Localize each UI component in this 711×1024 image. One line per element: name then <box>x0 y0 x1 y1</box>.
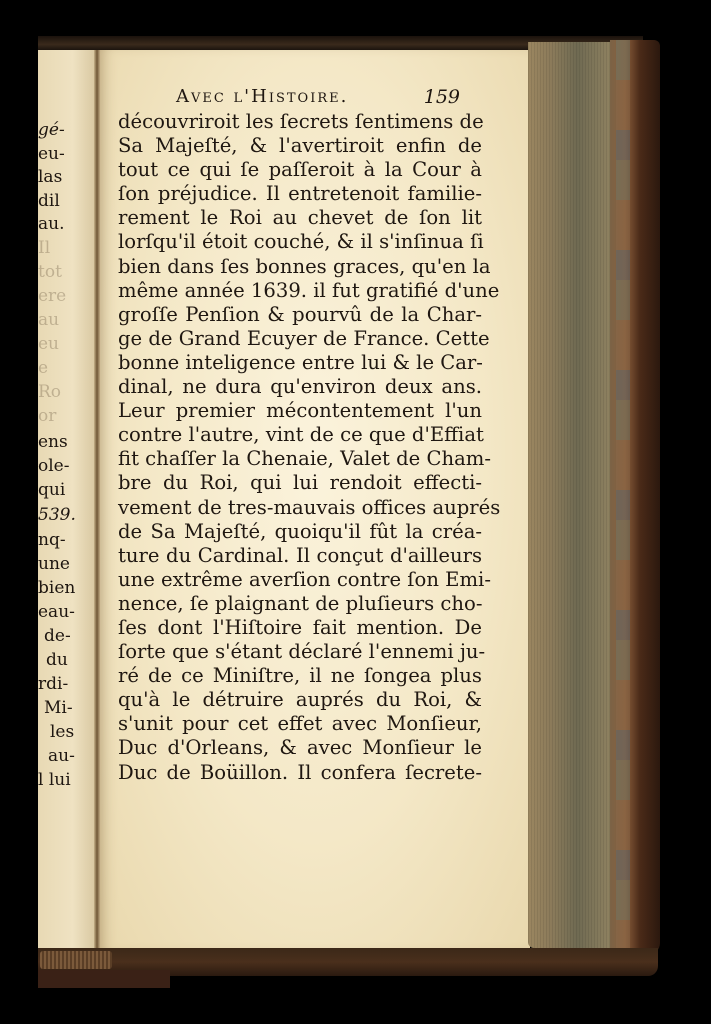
text-line: même année 1639. il fut gratifié d'une <box>118 279 482 303</box>
text-line: groſſe Penſion & pourvû de la Char- <box>118 303 482 327</box>
left-fragment: rdi- <box>38 674 68 696</box>
text-line: rement le Roi au chevet de ſon lit <box>118 206 482 230</box>
left-fragment: 539. <box>38 505 76 527</box>
text-line: bre du Roi, qui lui rendoit effecti- <box>118 471 482 495</box>
text-line: ge de Grand Ecuyer de France. Cette <box>118 327 482 351</box>
show-through-fragment: ere <box>38 286 66 308</box>
text-line: une extrême averſion contre ſon Emi- <box>118 568 482 592</box>
left-fragment: ens <box>38 432 68 454</box>
show-through-fragment: eu <box>38 334 59 356</box>
show-through-fragment: or <box>38 406 56 428</box>
text-line: Sa Majeſté, & l'avertiroit enfin de <box>118 134 482 158</box>
text-line: tout ce qui ſe paſſeroit à la Cour à <box>118 158 482 182</box>
text-line: de Sa Majeſté, quoiqu'il fût la créa- <box>118 520 482 544</box>
fore-edge <box>528 42 610 948</box>
text-line: ſes dont l'Hiſtoire fait mention. De <box>118 616 482 640</box>
text-line: Leur premier mécontentement l'un <box>118 399 482 423</box>
show-through-fragment: Il <box>38 238 50 260</box>
page-number: 159 <box>424 86 460 108</box>
text-line: nence, ſe plaignant de pluſieurs cho- <box>118 592 482 616</box>
text-line: dinal, ne dura qu'environ deux ans. <box>118 375 482 399</box>
bottom-cover-flap <box>38 970 170 988</box>
text-line: Duc d'Orleans, & avec Monſieur le <box>118 736 482 760</box>
left-fragment: l lui <box>38 770 71 792</box>
left-fragment: Mi- <box>44 698 73 720</box>
show-through-fragment: au <box>38 310 59 332</box>
left-fragment: au. <box>38 214 65 236</box>
headband <box>40 951 112 969</box>
left-fragment: dil <box>38 191 60 213</box>
left-fragment: eau- <box>38 602 75 624</box>
page-body-text: découvriroit les ſecrets ſentimens de Sa… <box>118 110 482 785</box>
left-fragment: qui <box>38 480 65 502</box>
show-through-fragment: tot <box>38 262 62 284</box>
text-line: contre l'autre, vint de ce que d'Effiat <box>118 423 482 447</box>
text-line: ture du Cardinal. Il conçut d'ailleurs <box>118 544 482 568</box>
text-line: lorſqu'il étoit couché, & il s'inſinua ſ… <box>118 230 482 254</box>
left-fragment: gé- <box>38 120 65 142</box>
cover-board-edge <box>610 40 660 955</box>
running-head: Avec l'Histoire. <box>176 86 348 107</box>
text-line: s'unit pour cet effet avec Monſieur, <box>118 712 482 736</box>
left-fragment: ole- <box>38 456 69 478</box>
text-line: vement de tres-mauvais offices auprés <box>118 496 482 520</box>
text-line: ré de ce Miniſtre, il ne ſongea plus <box>118 664 482 688</box>
text-line: fit chaſſer la Chenaie, Valet de Cham- <box>118 447 482 471</box>
left-fragment: les <box>50 722 74 744</box>
left-fragment: nq- <box>38 530 66 552</box>
left-fragment: du <box>46 650 68 672</box>
text-line: ſon préjudice. Il entretenoit familie- <box>118 182 482 206</box>
text-line: découvriroit les ſecrets ſentimens de <box>118 110 482 134</box>
text-line: bien dans ſes bonnes graces, qu'en la <box>118 255 482 279</box>
open-book: gé- eu- las dil au. Il tot ere au eu e R… <box>0 0 711 1024</box>
page-header: Avec l'Histoire. 159 <box>176 86 460 112</box>
left-fragment: une <box>38 554 70 576</box>
text-line: Duc de Boüillon. Il confera ſecrete- <box>118 761 482 785</box>
text-line: qu'à le détruire auprés du Roi, & <box>118 688 482 712</box>
show-through-fragment: Ro <box>38 382 61 404</box>
left-fragment: au- <box>48 746 75 768</box>
show-through-fragment: e <box>38 358 48 380</box>
left-fragment: eu- <box>38 144 65 166</box>
left-fragment: las <box>38 167 62 189</box>
text-line: ſorte que s'étant déclaré l'ennemi ju- <box>118 640 482 664</box>
left-fragment: bien <box>38 578 75 600</box>
text-line: bonne inteligence entre lui & le Car- <box>118 351 482 375</box>
left-fragment: de- <box>44 626 71 648</box>
